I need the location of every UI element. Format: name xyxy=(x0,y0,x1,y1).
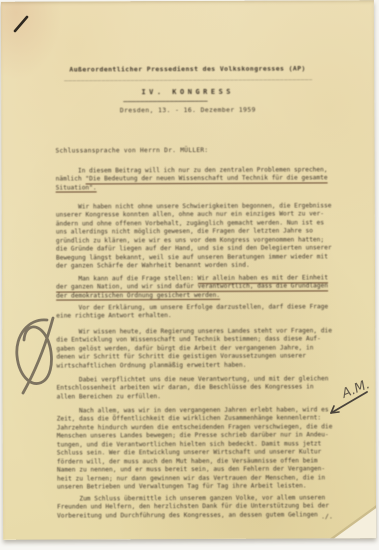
document-page: Außerordentlicher Pressedienst des Volks… xyxy=(1,0,376,540)
text-line: unseren Betrieben und Verwaltungen Tag f… xyxy=(57,482,345,492)
text-line: wirtschaftlichen Ordnung planmäßig erwei… xyxy=(56,361,344,371)
text-line: allen Bereichen zu erfüllen. xyxy=(57,392,345,402)
header-title-underline: ________________________________________… xyxy=(64,72,312,81)
text-line: der ganzen Schärfe der Wahrheit benannt … xyxy=(56,261,344,271)
document-header: Außerordentlicher Pressedienst des Volks… xyxy=(1,0,374,2)
text-line: nämlich "Die Bedeutung der neuen Wissens… xyxy=(56,175,344,185)
header-congress-underline: ____________________ xyxy=(123,94,253,103)
scanned-document-photo: { "document": { "header": { "line1": "Au… xyxy=(0,0,379,550)
paragraph: Dabei verpflichtet uns die neue Verantwo… xyxy=(56,375,344,402)
paragraph: Vor der Erklärung, um unsere Erfolge dar… xyxy=(56,303,344,321)
text-line: eine richtige Antwort erhalten. xyxy=(56,312,344,322)
text-line: Situation". xyxy=(56,183,344,193)
text-line: denen wir Schritt für Schritt die geisti… xyxy=(56,353,344,363)
paragraph: In diesem Beitrag will ich nur zu den ze… xyxy=(56,166,344,193)
paragraph: Man kann auf die Frage stellen: Wir alle… xyxy=(56,274,344,301)
body-text: Schlussansprache von Herrn Dr. MÜLLER: I… xyxy=(55,0,343,1)
text-line: Entschlossenheit arbeiten wir daran, die… xyxy=(57,384,345,394)
paragraph: Wir haben nicht ohne unsere Schwierigkei… xyxy=(56,202,344,271)
corner-fold xyxy=(334,508,376,538)
paragraph: Nach allem, was wir in den vergangenen J… xyxy=(57,406,345,492)
header-date-line: Dresden, 13. - 16. Dezember 1959 xyxy=(1,105,374,115)
paragraph-block: In diesem Beitrag will ich nur zu den ze… xyxy=(55,0,343,1)
paragraph: Zum Schluss übermittle ich unserem ganze… xyxy=(57,494,345,521)
text-line: der demokratischen Ordnung gesichert wer… xyxy=(56,291,344,301)
salutation-line: Schlussansprache von Herrn Dr. MÜLLER: xyxy=(55,147,208,155)
text-line: Vorbereitung und Durchführung des Kongre… xyxy=(57,511,345,521)
paragraph: Wir wissen heute, die Regierung unseres … xyxy=(56,327,344,370)
